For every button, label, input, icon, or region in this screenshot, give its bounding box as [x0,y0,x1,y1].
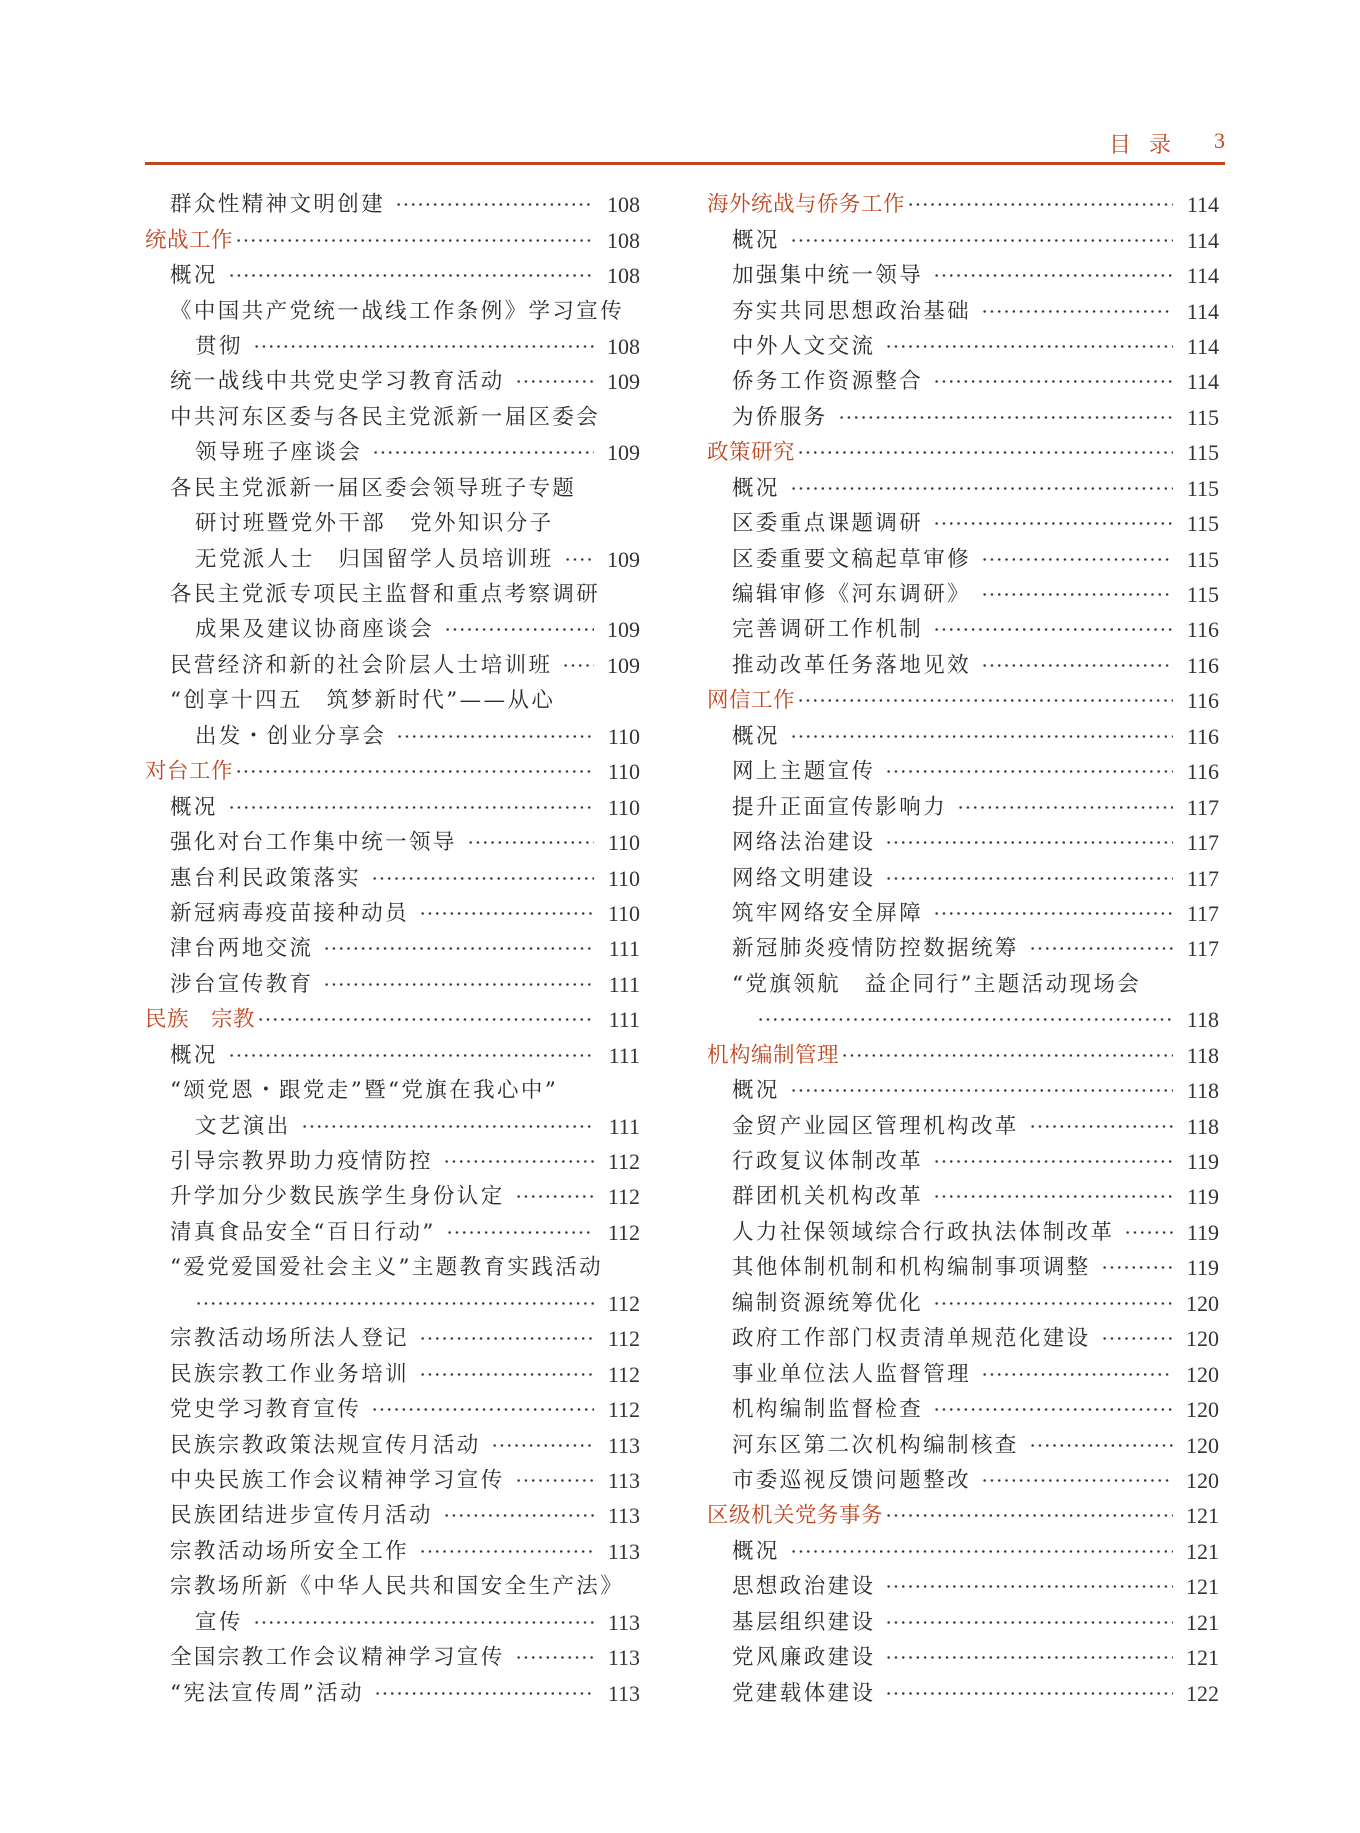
toc-entry[interactable]: 网络文明建设117 [707,860,1219,895]
toc-entry[interactable]: 思想政治建设121 [707,1569,1219,1604]
toc-entry[interactable]: 文艺演出111 [145,1108,640,1143]
toc-section-heading[interactable]: 民族 宗教111 [145,1002,640,1037]
page-number: 117 [1181,896,1219,931]
dot-leader [885,1676,1173,1711]
dot-leader [757,1002,1173,1037]
page-number: 112 [602,1215,640,1250]
entry-title: 领导班子座谈会 [195,435,362,470]
entry-title: 无党派人士 归国留学人员培训班 [195,542,554,577]
page-number: 109 [602,435,640,470]
dot-leader [841,1038,1173,1073]
page-number: 119 [1181,1215,1219,1250]
page-number: 115 [1181,577,1219,612]
entry-title: 群团机关机构改革 [732,1179,923,1214]
toc-entry[interactable]: 概况111 [145,1038,640,1073]
dot-leader [515,1463,594,1498]
entry-title: 区委重要文稿起草审修 [732,542,971,577]
toc-entry[interactable]: 机构编制监督检查120 [707,1392,1219,1427]
toc-entry[interactable]: 完善调研工作机制116 [707,612,1219,647]
dot-leader [885,754,1173,789]
dot-leader [790,471,1173,506]
page-number: 112 [602,1179,640,1214]
toc-section-heading[interactable]: 统战工作108 [145,222,640,257]
dot-leader [790,1073,1173,1108]
dot-leader [235,754,594,789]
entry-title: 党风廉政建设 [732,1640,875,1675]
toc-entry[interactable]: 加强集中统一领导114 [707,258,1219,293]
page-number: 113 [602,1428,640,1463]
toc-entry[interactable]: 为侨服务115 [707,400,1219,435]
page-number: 109 [602,648,640,683]
toc-entry[interactable]: 其他体制机制和机构编制事项调整119 [707,1250,1219,1285]
page-number: 116 [1181,683,1219,718]
dot-leader [228,1038,594,1073]
page-number: 121 [1181,1569,1219,1604]
page-number: 113 [602,1463,640,1498]
page-number: 112 [602,1286,640,1321]
toc-section-heading[interactable]: 机构编制管理118 [707,1038,1219,1073]
toc-left-column: 群众性精神文明创建108统战工作108概况108《中国共产党统一战线工作条例》学… [145,187,640,1711]
entry-title: 筑牢网络安全屏障 [732,896,923,931]
toc-entry[interactable]: 侨务工作资源整合114 [707,364,1219,399]
toc-entry[interactable]: 群众性精神文明创建108 [145,187,640,222]
entry-title: 市委巡视反馈问题整改 [732,1463,971,1498]
page-number: 114 [1181,223,1219,258]
toc-section-heading[interactable]: 海外统战与侨务工作114 [707,187,1219,222]
toc-entry[interactable]: 112 [145,1286,640,1321]
page-number: 108 [602,329,640,364]
dot-leader [885,1605,1173,1640]
toc-entry[interactable]: 概况114 [707,222,1219,257]
page-number: 120 [1181,1463,1219,1498]
dot-leader [1151,967,1211,1002]
page-number: 118 [1181,1073,1219,1108]
dot-leader [228,790,594,825]
page-number: 110 [602,896,640,931]
dot-leader [885,1640,1173,1675]
section-title: 统战工作 [145,223,233,258]
toc-entry[interactable]: 成果及建议协商座谈会109 [145,612,640,647]
header-title: 目录 [1109,128,1189,159]
page-number: 115 [1181,542,1219,577]
page-number: 111 [602,1002,640,1037]
entry-title: 网络法治建设 [732,825,875,860]
page-number: 112 [602,1321,640,1356]
page-number: 110 [602,861,640,896]
toc-entry[interactable]: 市委巡视反馈问题整改120 [707,1463,1219,1498]
toc-entry: 各民主党派专项民主监督和重点考察调研 [145,577,640,612]
entry-title: 各民主党派专项民主监督和重点考察调研 [170,577,600,612]
entry-title: 概况 [170,1038,218,1073]
entry-title: 编制资源统筹优化 [732,1286,923,1321]
dot-leader [790,223,1173,258]
dot-leader [933,1286,1173,1321]
entry-title: 成果及建议协商座谈会 [195,612,434,647]
entry-title: 群众性精神文明创建 [170,187,385,222]
dot-leader [372,435,594,470]
toc-entry[interactable]: 全国宗教工作会议精神学习宣传113 [145,1640,640,1675]
toc-entry: 《中国共产党统一战线工作条例》学习宣传 [145,293,640,328]
section-title: 机构编制管理 [707,1038,839,1073]
dot-leader [444,612,594,647]
section-title: 区级机关党务事务 [707,1498,883,1533]
toc-entry[interactable]: 新冠病毒疫苗接种动员110 [145,896,640,931]
page-number: 116 [1181,648,1219,683]
page-number: 119 [1181,1250,1219,1285]
entry-title: 编辑审修《河东调研》 [732,577,971,612]
toc-entry[interactable]: 党建载体建设122 [707,1675,1219,1710]
page-number: 115 [1181,471,1219,506]
dot-leader [981,1357,1173,1392]
page-number: 114 [1181,364,1219,399]
page-number: 113 [602,1605,640,1640]
page-number: 113 [602,1498,640,1533]
entry-title: 为侨服务 [732,400,828,435]
entry-title: 概况 [732,223,780,258]
page-number: 121 [1181,1605,1219,1640]
toc-entry: “创享十四五 筑梦新时代”——从心 [145,683,640,718]
page-header: 目录 3 [145,128,1225,164]
dot-leader [797,435,1173,470]
page-number: 122 [1181,1676,1219,1711]
section-title: 政策研究 [707,435,795,470]
dot-leader [981,542,1173,577]
toc-entry: 中共河东区委与各民主党派新一届区委会 [145,400,640,435]
entry-title: 河东区第二次机构编制核查 [732,1428,1019,1463]
dot-leader [981,577,1173,612]
toc-entry[interactable]: 升学加分少数民族学生身份认定112 [145,1179,640,1214]
page-number: 115 [1181,435,1219,470]
dot-leader [253,1605,594,1640]
toc-entry[interactable]: 事业单位法人监督管理120 [707,1356,1219,1391]
entry-title: 中共河东区委与各民主党派新一届区委会 [170,400,600,435]
dot-leader [933,1144,1173,1179]
entry-title: 党建载体建设 [732,1676,875,1711]
dot-leader [1101,1250,1173,1285]
page-number: 110 [602,825,640,860]
dot-leader [562,648,594,683]
toc-entry[interactable]: 政府工作部门权责清单规范化建设120 [707,1321,1219,1356]
dot-leader [885,825,1173,860]
entry-title: 新冠病毒疫苗接种动员 [170,896,409,931]
dot-leader [371,1392,594,1427]
page-number: 121 [1181,1534,1219,1569]
toc-entry[interactable]: 区委重要文稿起草审修115 [707,541,1219,576]
toc-entry[interactable]: 夯实共同思想政治基础114 [707,293,1219,328]
dot-leader [933,1179,1173,1214]
toc-entry[interactable]: 行政复议体制改革119 [707,1144,1219,1179]
page-number: 118 [1181,1002,1219,1037]
toc-entry[interactable]: 宣传113 [145,1605,640,1640]
toc-entry: 各民主党派新一届区委会领导班子专题 [145,471,640,506]
entry-title: “宪法宣传周”活动 [170,1676,364,1711]
entry-title: 概况 [732,1073,780,1108]
dot-leader [396,719,594,754]
dot-leader [467,825,594,860]
entry-title: “爱党爱国爱社会主义”主题教育实践活动 [170,1250,603,1285]
entry-title: 网上主题宣传 [732,754,875,789]
entry-title: 行政复议体制改革 [732,1144,923,1179]
entry-title: 新冠肺炎疫情防控数据统筹 [732,931,1019,966]
entry-title: 党史学习教育宣传 [170,1392,361,1427]
toc-entry[interactable]: 贯彻108 [145,329,640,364]
entry-title: 宣传 [195,1605,243,1640]
entry-title: 概况 [170,790,218,825]
entry-title: 概况 [170,258,218,293]
toc-entry[interactable]: 概况121 [707,1534,1219,1569]
toc-entry[interactable]: 涉台宣传教育111 [145,967,640,1002]
entry-title: 宗教活动场所法人登记 [170,1321,409,1356]
dot-leader [419,1321,594,1356]
entry-title: 金贸产业园区管理机构改革 [732,1109,1019,1144]
dot-leader [371,861,594,896]
toc-entry[interactable]: 推动改革任务落地见效116 [707,648,1219,683]
dot-leader [981,648,1173,683]
page-number: 110 [602,719,640,754]
dot-leader [395,187,594,222]
page-number: 113 [602,1640,640,1675]
dot-leader [235,223,594,258]
entry-title: 思想政治建设 [732,1569,875,1604]
entry-title: 出发・创业分享会 [195,719,386,754]
entry-title: “党旗领航 益企同行”主题活动现场会 [732,967,1141,1002]
page-number: 117 [1181,825,1219,860]
toc-entry: 宗教场所新《中华人民共和国安全生产法》 [145,1569,640,1604]
toc-entry[interactable]: 无党派人士 归国留学人员培训班109 [145,541,640,576]
toc-entry[interactable]: 惠台利民政策落实110 [145,860,640,895]
toc-entry[interactable]: 中外人文交流114 [707,329,1219,364]
toc-entry[interactable]: 概况116 [707,719,1219,754]
entry-title: 统一战线中共党史学习教育活动 [170,364,505,399]
page-number: 116 [1181,612,1219,647]
entry-title: 提升正面宣传影响力 [732,790,947,825]
toc-section-heading[interactable]: 网信工作116 [707,683,1219,718]
toc-entry[interactable]: 中央民族工作会议精神学习宣传113 [145,1463,640,1498]
dot-leader [885,329,1173,364]
entry-title: 夯实共同思想政治基础 [732,294,971,329]
page-number: 110 [602,790,640,825]
toc-section-heading[interactable]: 区级机关党务事务121 [707,1498,1219,1533]
entry-title: 各民主党派新一届区委会领导班子专题 [170,471,576,506]
toc-entry[interactable]: 强化对台工作集中统一领导110 [145,825,640,860]
toc-entry[interactable]: 编制资源统筹优化120 [707,1286,1219,1321]
dot-leader [323,967,594,1002]
toc-entry[interactable]: 民族团结进步宣传月活动113 [145,1498,640,1533]
page-number: 120 [1181,1428,1219,1463]
page-number: 120 [1181,1392,1219,1427]
entry-title: 宗教活动场所安全工作 [170,1534,409,1569]
dot-leader [933,258,1173,293]
dot-leader [613,1250,632,1285]
entry-title: 人力社保领域综合行政执法体制改革 [732,1215,1114,1250]
page-number: 108 [602,223,640,258]
toc-entry[interactable]: 提升正面宣传影响力117 [707,789,1219,824]
entry-title: 津台两地交流 [170,931,313,966]
page-number: 112 [602,1392,640,1427]
dot-leader [419,896,594,931]
toc-entry[interactable]: 宗教活动场所安全工作113 [145,1534,640,1569]
dot-leader [790,1534,1173,1569]
entry-title: 升学加分少数民族学生身份认定 [170,1179,505,1214]
entry-title: 中外人文交流 [732,329,875,364]
page-number: 120 [1181,1357,1219,1392]
entry-title: 强化对台工作集中统一领导 [170,825,457,860]
entry-title: 民族团结进步宣传月活动 [170,1498,433,1533]
page-number: 117 [1181,790,1219,825]
page-number: 120 [1181,1321,1219,1356]
dot-leader [323,931,594,966]
page-number: 111 [602,1038,640,1073]
toc-entry[interactable]: 概况115 [707,471,1219,506]
page-number: 112 [602,1144,640,1179]
entry-title: 惠台利民政策落实 [170,861,361,896]
toc-entry[interactable]: 人力社保领域综合行政执法体制改革119 [707,1215,1219,1250]
entry-title: “颂党恩・跟党走”暨“党旗在我心中” [170,1073,558,1108]
toc-entry[interactable]: 基层组织建设121 [707,1605,1219,1640]
toc-entry[interactable]: 清真食品安全“百日行动”112 [145,1215,640,1250]
header-rule [145,162,1225,165]
page-number: 118 [1181,1038,1219,1073]
entry-title: 事业单位法人监督管理 [732,1357,971,1392]
toc-entry[interactable]: 民族宗教政策法规宣传月活动113 [145,1427,640,1462]
entry-title: 推动改革任务落地见效 [732,648,971,683]
dot-leader [564,542,594,577]
page-number: 111 [602,1109,640,1144]
dot-leader [1029,931,1173,966]
entry-title: 概况 [732,719,780,754]
entry-title: “创享十四五 筑梦新时代”——从心 [170,683,555,718]
toc-entry[interactable]: 民营经济和新的社会阶层人士培训班109 [145,648,640,683]
toc-entry[interactable]: 党史学习教育宣传112 [145,1392,640,1427]
entry-title: 民族宗教工作业务培训 [170,1357,409,1392]
toc-entry: “党旗领航 益企同行”主题活动现场会 [707,967,1219,1002]
dot-leader [446,1215,594,1250]
toc-entry[interactable]: 概况108 [145,258,640,293]
page-number: 110 [602,754,640,789]
toc-entry[interactable]: 概况110 [145,789,640,824]
dot-leader [790,719,1173,754]
toc-entry[interactable]: 概况118 [707,1073,1219,1108]
dot-leader [610,577,632,612]
dot-leader [374,1676,594,1711]
entry-title: 全国宗教工作会议精神学习宣传 [170,1640,505,1675]
toc-entry[interactable]: 区委重点课题调研115 [707,506,1219,541]
toc-entry: “爱党爱国爱社会主义”主题教育实践活动 [145,1250,640,1285]
toc-entry[interactable]: 河东区第二次机构编制核查120 [707,1427,1219,1462]
entry-title: 区委重点课题调研 [732,506,923,541]
toc-entry[interactable]: 民族宗教工作业务培训112 [145,1356,640,1391]
page-number: 114 [1181,329,1219,364]
entry-title: 引导宗教界助力疫情防控 [170,1144,433,1179]
toc-entry[interactable]: 网络法治建设117 [707,825,1219,860]
page-number: 115 [1181,506,1219,541]
toc-section-heading[interactable]: 对台工作110 [145,754,640,789]
toc-entry[interactable]: 118 [707,1002,1219,1037]
dot-leader [568,1073,632,1108]
entry-title: 研讨班暨党外干部 党外知识分子 [195,506,554,541]
toc-entry[interactable]: 津台两地交流111 [145,931,640,966]
toc-entry[interactable]: “宪法宣传周”活动113 [145,1675,640,1710]
page-number: 116 [1181,719,1219,754]
toc-entry[interactable]: 领导班子座谈会109 [145,435,640,470]
toc-entry[interactable]: 宗教活动场所法人登记112 [145,1321,640,1356]
page-number: 113 [602,1534,640,1569]
toc-entry[interactable]: 编辑审修《河东调研》115 [707,577,1219,612]
dot-leader [957,790,1173,825]
dot-leader [565,683,632,718]
section-title: 对台工作 [145,754,233,789]
entry-title: 文艺演出 [195,1109,291,1144]
page-number: 112 [602,1357,640,1392]
page-number: 114 [1181,187,1219,222]
dot-leader [933,612,1173,647]
dot-leader [228,258,594,293]
dot-leader [1029,1109,1173,1144]
page-number: 118 [1181,1109,1219,1144]
dot-leader [797,683,1173,718]
dot-leader [610,400,632,435]
entry-title: 民营经济和新的社会阶层人士培训班 [170,648,552,683]
page-number: 117 [1181,861,1219,896]
toc-entry[interactable]: 出发・创业分享会110 [145,719,640,754]
entry-title: 涉台宣传教育 [170,967,313,1002]
page-number: 113 [602,1676,640,1711]
dot-leader [301,1109,594,1144]
dot-leader [838,400,1173,435]
page-number: 116 [1181,754,1219,789]
page-number: 119 [1181,1144,1219,1179]
toc-entry[interactable]: 党风廉政建设121 [707,1640,1219,1675]
toc-entry: 研讨班暨党外干部 党外知识分子 [145,506,640,541]
entry-title: 贯彻 [195,329,243,364]
entry-title: 民族宗教政策法规宣传月活动 [170,1428,481,1463]
entry-title: 网络文明建设 [732,861,875,896]
entry-title: 其他体制机制和机构编制事项调整 [732,1250,1091,1285]
dot-leader [419,1357,594,1392]
entry-title: 清真食品安全“百日行动” [170,1215,436,1250]
toc-section-heading[interactable]: 政策研究115 [707,435,1219,470]
page-number: 108 [602,187,640,222]
dot-leader [885,1569,1173,1604]
toc-right-column: 海外统战与侨务工作114概况114加强集中统一领导114夯实共同思想政治基础11… [707,187,1219,1711]
toc-entry[interactable]: 群团机关机构改革119 [707,1179,1219,1214]
toc-entry[interactable]: 引导宗教界助力疫情防控112 [145,1144,640,1179]
dot-leader [981,1463,1173,1498]
dot-leader [933,364,1173,399]
dot-leader [419,1534,594,1569]
page-number: 111 [602,967,640,1002]
entry-title: 中央民族工作会议精神学习宣传 [170,1463,505,1498]
toc-entry: “颂党恩・跟党走”暨“党旗在我心中” [145,1073,640,1108]
toc-entry[interactable]: 金贸产业园区管理机构改革118 [707,1108,1219,1143]
dot-leader [564,506,632,541]
toc-entry[interactable]: 筑牢网络安全屏障117 [707,896,1219,931]
dot-leader [515,1640,594,1675]
page-number: 114 [1181,258,1219,293]
dot-leader [933,506,1173,541]
dot-leader [491,1428,594,1463]
page-number: 117 [1181,931,1219,966]
page-number: 108 [602,258,640,293]
toc-entry[interactable]: 新冠肺炎疫情防控数据统筹117 [707,931,1219,966]
toc-entry[interactable]: 网上主题宣传116 [707,754,1219,789]
dot-leader [253,329,594,364]
dot-leader [1101,1321,1173,1356]
dot-leader [933,1392,1173,1427]
dot-leader [257,1002,594,1037]
toc-entry[interactable]: 统一战线中共党史学习教育活动109 [145,364,640,399]
dot-leader [1029,1428,1173,1463]
